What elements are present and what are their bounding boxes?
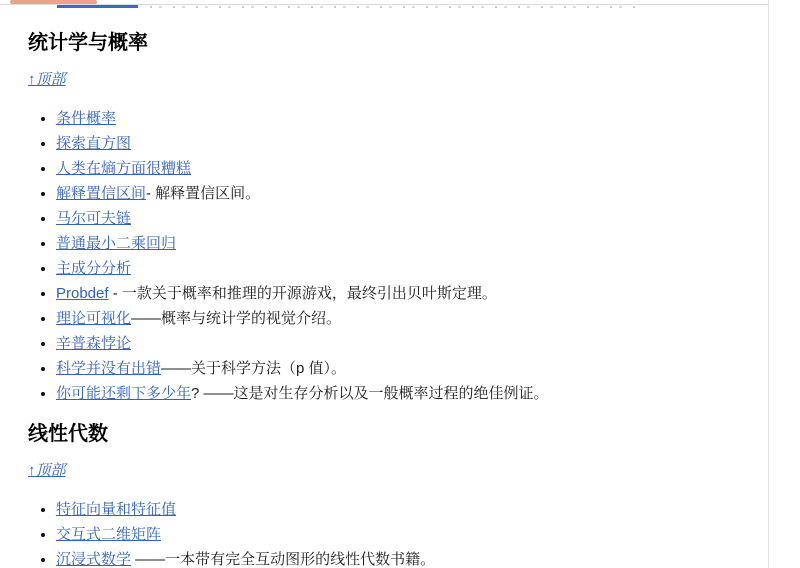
item-link[interactable]: 交互式二维矩阵 (56, 526, 161, 543)
list-item: 交互式二维矩阵 (56, 522, 744, 547)
clipped-top-line (0, 0, 768, 10)
back-to-top-link[interactable]: ↑顶部 (28, 72, 66, 88)
section-heading: 线性代数 (28, 424, 744, 445)
clipped-link-remnant[interactable] (57, 5, 138, 8)
list-item: 探索直方图 (56, 131, 744, 156)
back-to-top-label: 顶部 (36, 462, 66, 479)
item-link[interactable]: 探索直方图 (56, 135, 131, 152)
list-item: 科学并没有出错——关于科学方法（p 值）。 (56, 356, 744, 381)
item-description: - 一款关于概率和推理的开源游戏，最终引出贝叶斯定理。 (109, 285, 497, 302)
item-link[interactable]: 马尔可夫链 (56, 210, 131, 227)
item-description: - 解释置信区间。 (146, 185, 260, 202)
back-to-top-label: 顶部 (36, 71, 66, 88)
item-link[interactable]: 理论可视化 (56, 310, 131, 327)
item-description: ——概率与统计学的视觉介绍。 (131, 310, 341, 327)
up-arrow-icon: ↑ (28, 462, 36, 479)
list-item: 条件概率 (56, 106, 744, 131)
section-heading: 统计学与概率 (28, 33, 744, 54)
readme-content: 统计学与概率 ↑顶部 条件概率 探索直方图 人类在熵方面很糟糕 解释置信区间- … (0, 0, 768, 568)
list-item: 特征向量和特征值 (56, 497, 744, 522)
item-link[interactable]: 你可能还剩下多少年 (56, 385, 191, 402)
section-statistics-probability: 统计学与概率 ↑顶部 条件概率 探索直方图 人类在熵方面很糟糕 解释置信区间- … (28, 33, 744, 406)
list-item: 解释置信区间- 解释置信区间。 (56, 181, 744, 206)
clipped-text-remnant (150, 6, 638, 8)
item-link[interactable]: 特征向量和特征值 (56, 501, 176, 518)
item-link[interactable]: 条件概率 (56, 110, 116, 127)
link-list: 特征向量和特征值 交互式二维矩阵 沉浸式数学 ——一本带有完全互动图形的线性代数… (28, 497, 744, 568)
item-description: ? ——这是对生存分析以及一般概率过程的绝佳例证。 (191, 385, 549, 402)
item-link[interactable]: 普通最小二乘回归 (56, 235, 176, 252)
item-description: ——一本带有完全互动图形的线性代数书籍。 (131, 551, 435, 568)
up-arrow-icon: ↑ (28, 71, 36, 88)
link-list: 条件概率 探索直方图 人类在熵方面很糟糕 解释置信区间- 解释置信区间。 马尔可… (28, 106, 744, 406)
list-item: 人类在熵方面很糟糕 (56, 156, 744, 181)
item-link[interactable]: Probdef (56, 285, 109, 302)
list-item: 沉浸式数学 ——一本带有完全互动图形的线性代数书籍。 (56, 547, 744, 568)
scrollbar-gutter (768, 0, 800, 568)
list-item: 辛普森悖论 (56, 331, 744, 356)
list-item: 主成分分析 (56, 256, 744, 281)
item-description: ——关于科学方法（p 值）。 (161, 360, 346, 377)
item-link[interactable]: 辛普森悖论 (56, 335, 131, 352)
item-link[interactable]: 主成分分析 (56, 260, 131, 277)
document-page: 统计学与概率 ↑顶部 条件概率 探索直方图 人类在熵方面很糟糕 解释置信区间- … (0, 0, 800, 568)
item-link[interactable]: 沉浸式数学 (56, 551, 131, 568)
list-item: 你可能还剩下多少年? ——这是对生存分析以及一般概率过程的绝佳例证。 (56, 381, 744, 406)
list-item: 理论可视化——概率与统计学的视觉介绍。 (56, 306, 744, 331)
section-linear-algebra: 线性代数 ↑顶部 特征向量和特征值 交互式二维矩阵 沉浸式数学 ——一本带有完全… (28, 424, 744, 568)
list-item: 马尔可夫链 (56, 206, 744, 231)
item-link[interactable]: 解释置信区间 (56, 185, 146, 202)
list-item: 普通最小二乘回归 (56, 231, 744, 256)
item-link[interactable]: 科学并没有出错 (56, 360, 161, 377)
back-to-top-link[interactable]: ↑顶部 (28, 463, 66, 479)
item-link[interactable]: 人类在熵方面很糟糕 (56, 160, 191, 177)
list-item: Probdef - 一款关于概率和推理的开源游戏，最终引出贝叶斯定理。 (56, 281, 744, 306)
